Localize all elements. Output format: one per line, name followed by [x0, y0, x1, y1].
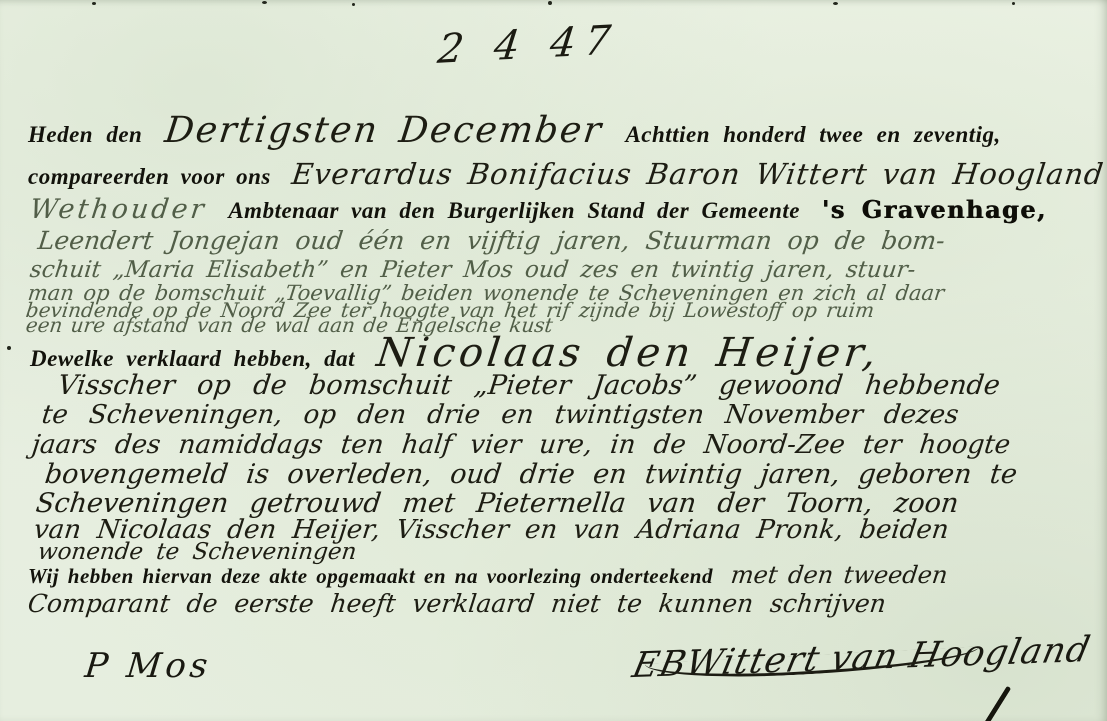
document-line: Comparant de eerste heeft verklaard niet…	[28, 589, 896, 619]
scan-speck	[1012, 2, 1015, 5]
scanned-certificate-page: 2 4 47 Heden den Dertigsten December Ach…	[0, 0, 1107, 721]
printed-text: Dewelke verklaard hebben, dat	[30, 346, 355, 371]
handwritten-text: jaars des namiddags ten half vier ure, i…	[30, 430, 1012, 460]
printed-text: Ambtenaar van den Burgerlijken Stand der…	[228, 198, 800, 223]
printed-text: Achttien honderd twee en zeventig,	[625, 122, 1000, 147]
handwritten-text: Wethouder	[28, 194, 208, 225]
signature-p-mos: P Mos	[83, 646, 214, 686]
scan-speck	[262, 1, 267, 4]
document-line: bovengemeld is overleden, oud drie en tw…	[45, 459, 1027, 490]
document-line: Visscher op de bomschuit „Pieter Jacobs”…	[58, 370, 1010, 401]
handwritten-text: Leendert Jongejan oud één en vijftig jar…	[36, 226, 946, 255]
handwritten-text: te Scheveningen, op den drie en twintigs…	[40, 400, 960, 430]
handwritten-text: schuit „Maria Elisabeth” en Pieter Mos o…	[28, 257, 917, 283]
document-line: Wij hebben hiervan deze akte opgemaakt e…	[28, 561, 958, 589]
document-line: Leendert Jongejan oud één en vijftig jar…	[38, 226, 955, 256]
handwritten-text: bovengemeld is overleden, oud drie en tw…	[43, 459, 1019, 490]
record-number: 2 4 47	[435, 17, 622, 73]
handwritten-text: Dertigsten December	[163, 110, 606, 151]
printed-text: Wij hebben hiervan deze akte opgemaakt e…	[28, 564, 713, 588]
scan-speck	[7, 346, 11, 350]
printed-text: Heden den	[28, 122, 142, 147]
scan-speck	[833, 2, 838, 5]
document-line: schuit „Maria Elisabeth” en Pieter Mos o…	[30, 257, 925, 283]
partial-pen-stroke	[983, 686, 1012, 721]
handwritten-text: Comparant de eerste heeft verklaard niet…	[26, 589, 887, 618]
scan-speck	[92, 2, 96, 5]
handwritten-text: met den tweeden	[729, 561, 949, 589]
scan-speck	[548, 1, 552, 5]
handwritten-text: Everardus Bonifacius Baron Wittert van H…	[289, 157, 1105, 191]
document-line: compareerden voor ons Everardus Bonifaci…	[28, 157, 1107, 191]
printed-text: compareerden voor ons	[28, 164, 271, 189]
document-line: Wethouder Ambtenaar van den Burgerlijken…	[30, 194, 1057, 225]
blackletter-text: 's Gravenhage,	[822, 195, 1047, 224]
document-line: jaars des namiddags ten half vier ure, i…	[32, 430, 1020, 460]
scan-speck	[352, 3, 355, 6]
handwritten-text: Visscher op de bomschuit „Pieter Jacobs”…	[56, 370, 1002, 401]
document-line: Heden den Dertigsten December Achttien h…	[28, 110, 1011, 151]
document-line: te Scheveningen, op den drie en twintigs…	[42, 400, 969, 430]
